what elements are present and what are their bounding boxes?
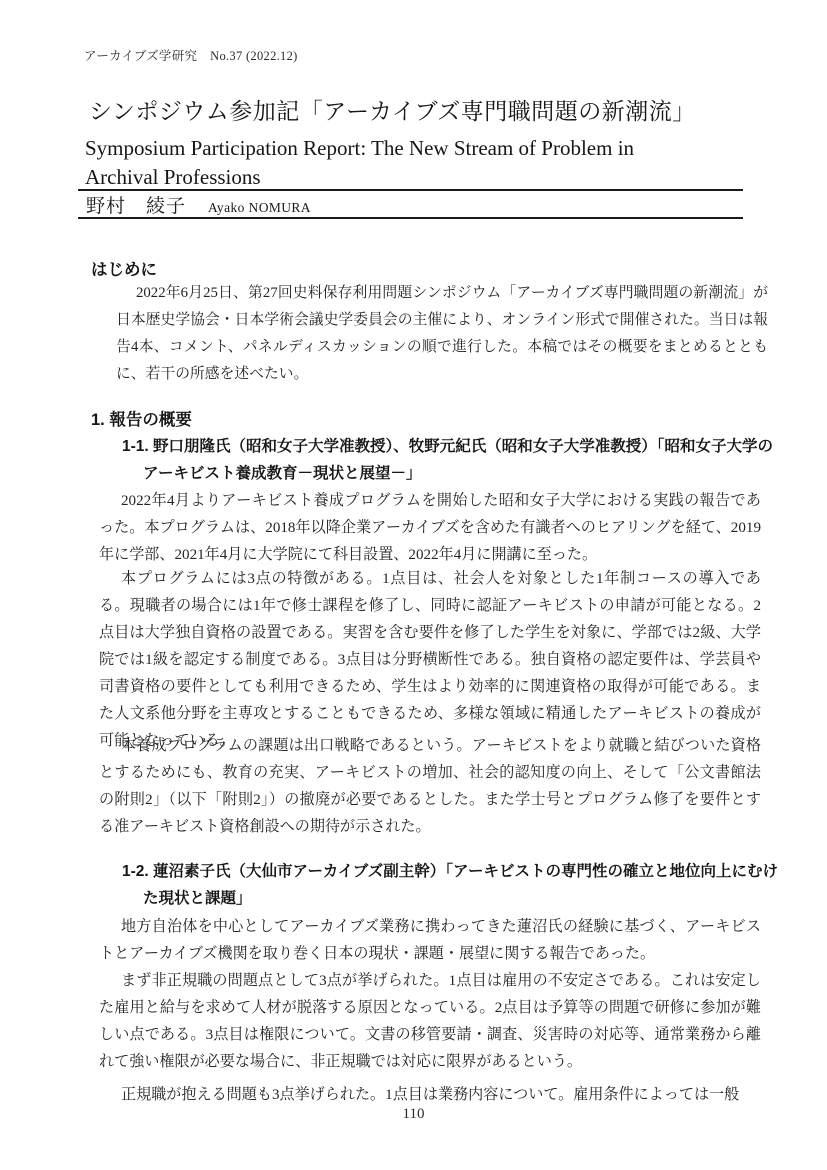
subsection-1-2-heading: 1-2. 蓮沼素子氏（大仙市アーカイブズ副主幹）「アーキビストの専門性の確立と地… bbox=[122, 858, 782, 912]
article-title-japanese: シンポジウム参加記「アーカイブズ専門職問題の新潮流」 bbox=[89, 93, 696, 126]
author-name-romanized: Ayako NOMURA bbox=[208, 200, 311, 216]
author-block: 野村 綾子 Ayako NOMURA bbox=[86, 191, 311, 218]
author-block-bottom-rule bbox=[78, 217, 743, 219]
intro-section-heading: はじめに bbox=[91, 256, 157, 280]
article-title-english: Symposium Participation Report: The New … bbox=[85, 134, 634, 192]
subsection-1-1-heading: 1-1. 野口朋隆氏（昭和女子大学准教授）、牧野元紀氏（昭和女子大学准教授）「昭… bbox=[122, 433, 782, 487]
article-title-english-line2: Archival Professions bbox=[85, 163, 634, 192]
document-page: アーカイブズ学研究 No.37 (2022.12) シンポジウム参加記「アーカイ… bbox=[0, 0, 827, 1170]
subsection-1-2-paragraph-1: 地方自治体を中心としてアーカイブズ業務に携わってきた蓮沼氏の経験に基づく、アーキ… bbox=[99, 914, 761, 968]
subsection-1-1-paragraph-2: 本プログラムには3点の特徴がある。1点目は、社会人を対象とした1年制コースの導入… bbox=[99, 566, 761, 755]
subsection-1-2-paragraph-3: 正規職が抱える問題も3点挙げられた。1点目は業務内容について。雇用条件によっては… bbox=[99, 1082, 761, 1109]
subsection-1-1-paragraph-3: 本養成プログラムの課題は出口戦略であるという。アーキビストをより就職と結びついた… bbox=[99, 733, 761, 841]
page-number: 110 bbox=[0, 1106, 827, 1123]
section1-heading: 1. 報告の概要 bbox=[91, 406, 192, 430]
subsection-1-1-paragraph-1: 2022年4月よりアーキビスト養成プログラムを開始した昭和女子大学における実践の… bbox=[99, 488, 761, 569]
intro-paragraph: 2022年6月25日、第27回史料保存利用問題シンポジウム「アーカイブズ専門職問… bbox=[116, 280, 768, 388]
author-name-japanese: 野村 綾子 bbox=[86, 191, 186, 218]
article-title-english-line1: Symposium Participation Report: The New … bbox=[85, 134, 634, 163]
subsection-1-2-paragraph-2: まず非正規職の問題点として3点が挙げられた。1点目は雇用の不安定さである。これは… bbox=[99, 968, 761, 1076]
journal-header: アーカイブズ学研究 No.37 (2022.12) bbox=[84, 46, 298, 64]
